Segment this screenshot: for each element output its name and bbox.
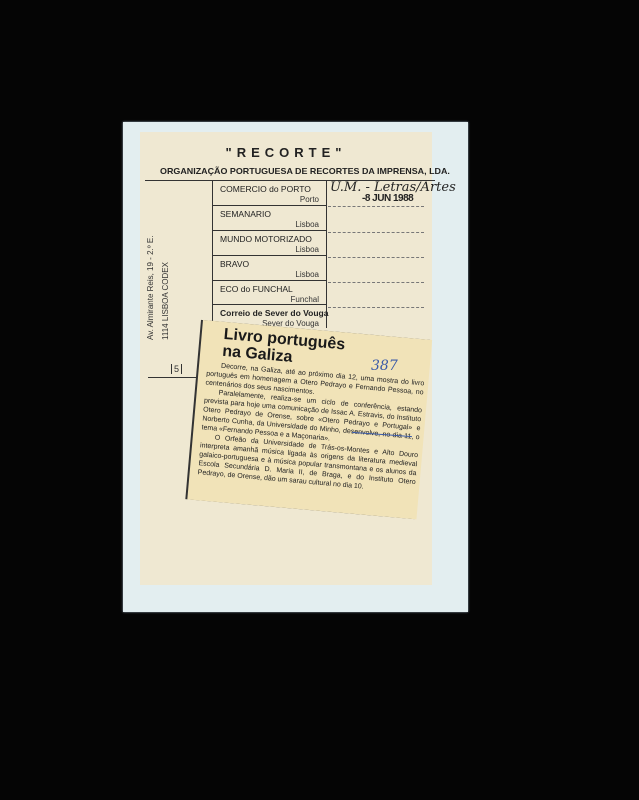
- row-divider: [212, 205, 326, 206]
- publication-city: Funchal: [291, 295, 319, 304]
- publication-name: SEMANARIO: [220, 209, 271, 219]
- address-line-1: Av. Almirante Reis, 19 - 2.º E.: [143, 236, 158, 340]
- document-subtitle: ORGANIZAÇÃO PORTUGUESA DE RECORTES DA IM…: [160, 166, 450, 176]
- document-title: "RECORTE": [140, 145, 432, 160]
- row-divider: [212, 280, 326, 281]
- dashed-divider: [328, 257, 424, 258]
- dashed-divider: [328, 307, 424, 308]
- publication-city: Porto: [300, 195, 319, 204]
- publication-city: Lisboa: [295, 245, 319, 254]
- publication-city: Lisboa: [295, 220, 319, 229]
- address-vertical: Av. Almirante Reis, 19 - 2.º E. 1114 LIS…: [143, 236, 173, 340]
- row-divider: [212, 230, 326, 231]
- publication-name: ECO do FUNCHAL: [220, 284, 293, 294]
- newspaper-clipping: Livro português na Galiza Decorre, na Ga…: [187, 320, 432, 519]
- dashed-divider: [328, 232, 424, 233]
- publication-city: Lisboa: [295, 270, 319, 279]
- publication-name: MUNDO MOTORIZADO: [220, 234, 312, 244]
- page-number: 5: [171, 364, 182, 374]
- dashed-divider: [328, 206, 424, 207]
- table-mid-rule: [326, 180, 327, 328]
- dashed-divider: [328, 282, 424, 283]
- publication-name: COMERCIO do PORTO: [220, 184, 311, 194]
- row-divider: [212, 255, 326, 256]
- publication-name: BRAVO: [220, 259, 249, 269]
- row-divider: [212, 304, 326, 305]
- address-line-2: 1114 LISBOA CODEX: [158, 236, 173, 340]
- publication-name: Correio de Sever do Vouga: [220, 308, 328, 318]
- clipping-body: Decorre, na Galiza, até ao próximo dia 1…: [197, 361, 424, 497]
- date-stamp: -8 JUN 1988: [362, 193, 413, 204]
- handwritten-number: 387: [371, 358, 398, 374]
